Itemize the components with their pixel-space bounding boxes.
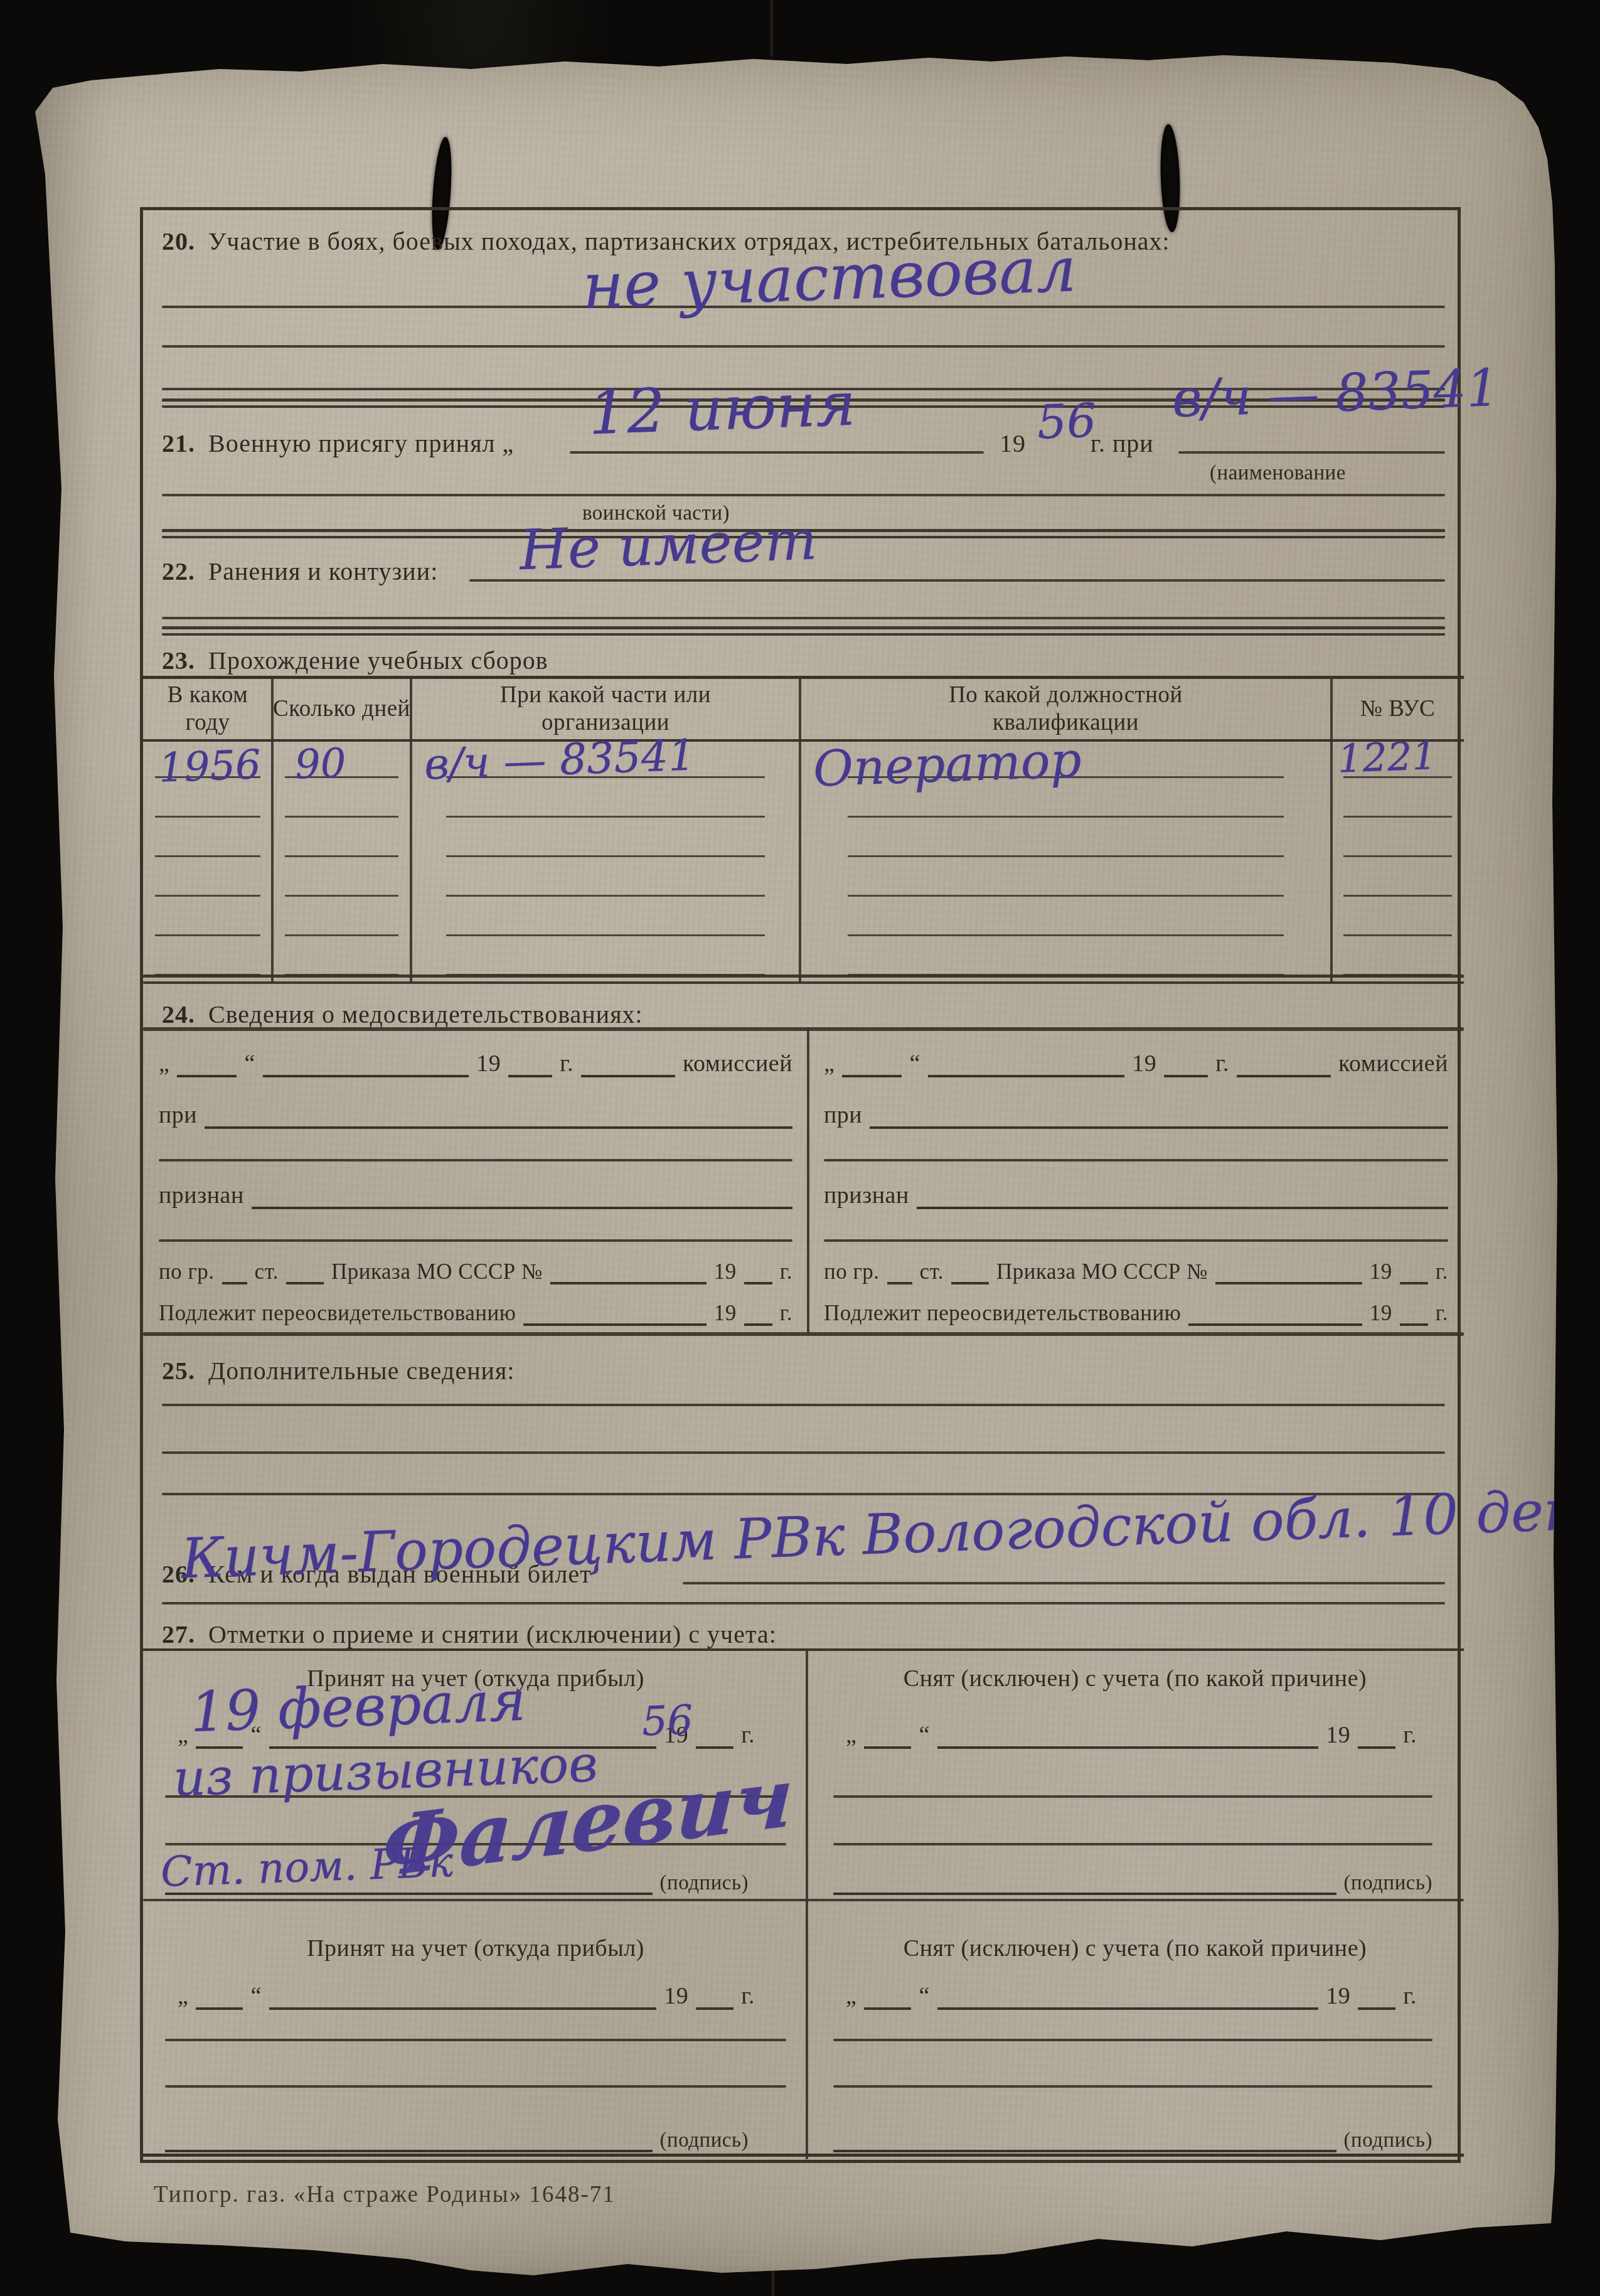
table-cell — [1331, 901, 1464, 941]
table-cell — [1331, 822, 1464, 862]
printed-pri: при — [824, 1101, 862, 1129]
printed-g: г. — [1436, 1259, 1448, 1284]
blank-line-oath-date — [570, 451, 984, 454]
remove-header: Снят (исключен) с учета (по какой причин… — [824, 1935, 1446, 1962]
quote-mark: „ — [824, 1050, 835, 1077]
remove-header: Снят (исключен) с учета (по какой причин… — [824, 1665, 1446, 1692]
handwriting-vus-1221: 1221 — [1337, 736, 1437, 778]
section-22-label: 22. Ранения и контузии: — [162, 557, 438, 587]
ruled-line — [165, 2039, 786, 2041]
remove-signature-row: (подпись) — [833, 2129, 1432, 2152]
printed-g: г. — [560, 1050, 573, 1077]
ruled-line — [833, 2085, 1432, 2088]
table-cell — [411, 782, 800, 822]
ruled-line — [833, 1795, 1432, 1798]
printed-pri: при — [159, 1101, 197, 1129]
medical-table-bottom-line — [143, 1332, 1464, 1336]
medical-left-pri-row: при — [159, 1101, 792, 1129]
section-25-number: 25. — [162, 1357, 195, 1385]
printed-commission: комиссией — [683, 1050, 792, 1077]
handwriting-oath-date: 12 июня — [587, 374, 856, 444]
printed-podlezhit: Подлежит переосвидетельствованию — [824, 1301, 1181, 1326]
blank-line-issuing-office — [683, 1582, 1445, 1584]
table-cell — [411, 901, 800, 941]
remove-date-row: „ “ 19 г. — [846, 1982, 1417, 2010]
section-27-number: 27. — [162, 1620, 195, 1648]
printed-po-gr: по гр. — [159, 1259, 215, 1284]
section-25-title: Дополнительные сведения: — [208, 1357, 515, 1385]
ruled-line — [833, 1843, 1432, 1845]
printed-year-19: 19 — [1000, 429, 1026, 459]
printed-commission: комиссией — [1338, 1050, 1448, 1077]
quote-mark: „ — [178, 1982, 188, 2010]
scan-background: 20. Участие в боях, боевых походах, парт… — [0, 0, 1600, 2296]
remove-signature-row: (подпись) — [833, 1872, 1432, 1895]
section-22-number: 22. — [162, 557, 195, 585]
printed-podlezhit: Подлежит переосвидетельствованию — [159, 1301, 516, 1326]
col-header-year: В каком году — [143, 679, 272, 739]
podpis-label: (подпись) — [1344, 2129, 1433, 2152]
registration-row-divider — [143, 1899, 1464, 1901]
column-divider — [410, 679, 412, 983]
section-23-label: 23. Прохождение учебных сборов — [162, 646, 548, 676]
ruled-line — [159, 1159, 792, 1161]
printed-year-19: 19 — [1326, 1982, 1350, 2010]
table-cell — [1331, 862, 1464, 901]
section-27-title: Отметки о приеме и снятии (исключении) с… — [208, 1620, 777, 1648]
footnote-naimenovanie: (наименование — [1210, 461, 1346, 486]
quote-mark: „ — [159, 1050, 169, 1077]
col-header-unit: При какой части или организации — [411, 679, 800, 739]
table-cell — [411, 822, 800, 862]
section-23-title: Прохождение учебных сборов — [208, 646, 548, 675]
printed-g-pri: г. при — [1091, 429, 1154, 459]
handwriting-issuing-office: Кичм-Городецким РВк Вологодской обл. 10 … — [180, 1475, 1600, 1587]
printed-priznan: признан — [824, 1182, 909, 1209]
printed-g: г. — [1403, 1982, 1417, 2010]
handwriting-combat-participation: не участвовал — [581, 238, 1077, 318]
table-cell — [800, 901, 1331, 941]
handwriting-year-1956: 1956 — [158, 745, 262, 789]
table-cell — [411, 862, 800, 901]
document-page: 20. Участие в боях, боевых походах, парт… — [31, 49, 1562, 2278]
medical-right-date-row: „ “ 19 г. комиссией — [824, 1050, 1448, 1077]
printed-year-19: 19 — [714, 1259, 737, 1284]
quote-mark: “ — [909, 1050, 920, 1077]
section-24-number: 24. — [162, 1000, 195, 1028]
medical-left-date-row: „ “ 19 г. комиссией — [159, 1050, 792, 1077]
quote-mark: “ — [919, 1982, 929, 2010]
medical-table-top-line — [143, 1027, 1464, 1031]
quote-mark: „ — [846, 1721, 856, 1749]
column-divider — [271, 679, 274, 983]
remove-date-row: „ “ 19 г. — [846, 1721, 1417, 1749]
printed-year-19: 19 — [664, 1982, 688, 2010]
form-frame: 20. Участие в боях, боевых походах, парт… — [140, 207, 1461, 2163]
col-header-qualification: По какой должностной квалификации — [800, 679, 1331, 739]
table-cell — [1331, 782, 1464, 822]
ruled-line — [162, 1602, 1445, 1605]
table-cell — [272, 862, 411, 901]
podpis-label: (подпись) — [660, 2129, 749, 2152]
section-separator — [143, 974, 1464, 984]
quote-mark: „ — [503, 429, 515, 457]
registration-table: Принят на учет (откуда прибыл) „ “ 19 г.… — [143, 1648, 1464, 2157]
table-cell — [143, 822, 272, 862]
table-cell — [143, 862, 272, 901]
table-cell — [143, 901, 272, 941]
registration-columns-divider — [806, 1651, 808, 2159]
ruled-line — [162, 345, 1445, 348]
blank-line-unit — [1178, 451, 1445, 454]
medical-right-reexam-row: Подлежит переосвидетельствованию 19 г. — [824, 1301, 1448, 1326]
printed-st: ст. — [255, 1259, 279, 1284]
handwriting-accept-year: 56 — [641, 1701, 694, 1743]
section-21-title: Военную присягу принял — [208, 429, 496, 457]
section-22-title: Ранения и контузии: — [208, 557, 438, 585]
handwriting-unit-number: в/ч — 83541 — [424, 734, 696, 786]
quote-mark: „ — [178, 1721, 188, 1749]
medical-left-reexam-row: Подлежит переосвидетельствованию 19 г. — [159, 1301, 792, 1326]
handwriting-days-90: 90 — [294, 744, 347, 786]
training-table-header-row: В каком году Сколько дней При какой част… — [143, 679, 1464, 742]
col-header-vus: № ВУС — [1331, 679, 1464, 739]
section-21-label: 21. Военную присягу принял „ — [162, 429, 514, 459]
section-25-label: 25. Дополнительные сведения: — [162, 1356, 515, 1386]
printed-po-gr: по гр. — [824, 1259, 880, 1284]
accept-signature-row: (подпись) — [165, 2129, 749, 2152]
medical-right-priznan-row: признан — [824, 1182, 1448, 1209]
podpis-label: (подпись) — [660, 1872, 749, 1895]
table-cell — [800, 822, 1331, 862]
ruled-line — [833, 2039, 1432, 2041]
table-cell — [272, 782, 411, 822]
printed-g: г. — [1403, 1721, 1417, 1749]
printed-st: ст. — [920, 1259, 944, 1284]
printed-prikaz: Приказа МО СССР № — [996, 1259, 1208, 1284]
ruled-line — [824, 1239, 1448, 1242]
ruled-line — [824, 1159, 1448, 1161]
handwriting-accept-date: 19 февраля — [189, 1674, 527, 1741]
printed-year-19: 19 — [1132, 1050, 1156, 1077]
handwriting-wounds: Не имеет — [519, 513, 818, 578]
printed-year-19: 19 — [1326, 1721, 1350, 1749]
section-24-label: 24. Сведения о медосвидетельствованиях: — [162, 1000, 643, 1030]
handwriting-operator: Оператор — [813, 736, 1082, 794]
printed-prikaz: Приказа МО СССР № — [331, 1259, 543, 1284]
ruled-line — [159, 1239, 792, 1242]
col-header-days: Сколько дней — [272, 679, 411, 739]
medical-left-order-row: по гр. ст. Приказа МО СССР № 19 г. — [159, 1259, 792, 1284]
handwriting-oath-year: 56 — [1037, 397, 1097, 446]
medical-right-pri-row: при — [824, 1101, 1448, 1129]
quote-mark: “ — [919, 1721, 929, 1749]
printed-year-19: 19 — [1370, 1259, 1392, 1284]
printed-year-19: 19 — [714, 1301, 737, 1326]
printed-year-19: 19 — [476, 1050, 501, 1077]
section-23-number: 23. — [162, 646, 195, 675]
medical-right-order-row: по гр. ст. Приказа МО СССР № 19 г. — [824, 1259, 1448, 1284]
ruled-line — [162, 1404, 1445, 1406]
printer-imprint: Типогр. газ. «На страже Родины» 1648-71 — [154, 2181, 616, 2208]
training-camps-table: В каком году Сколько дней При какой част… — [143, 676, 1464, 980]
section-separator — [162, 626, 1445, 636]
printed-g: г. — [780, 1301, 792, 1326]
section-20-number: 20. — [162, 227, 195, 255]
section-21-number: 21. — [162, 429, 195, 457]
handwriting-military-unit: в/ч — 83541 — [1171, 363, 1500, 425]
printed-priznan: признан — [159, 1182, 244, 1209]
section-27-label: 27. Отметки о приеме и снятии (исключени… — [162, 1620, 777, 1650]
ruled-line — [165, 2085, 786, 2088]
blank-line-wounds — [469, 579, 1445, 582]
column-divider — [1330, 679, 1333, 983]
table-cell — [272, 901, 411, 941]
printed-g: г. — [741, 1982, 755, 2010]
printed-year-19: 19 — [1370, 1301, 1392, 1326]
table-cell — [800, 862, 1331, 901]
ruled-line — [162, 1451, 1445, 1454]
podpis-label: (подпись) — [1344, 1872, 1433, 1895]
ruled-line — [162, 494, 1445, 496]
medical-columns-divider — [807, 1027, 809, 1333]
section-24-title: Сведения о медосвидетельствованиях: — [208, 1000, 643, 1028]
ruled-line — [162, 617, 1445, 619]
accept-date-row: „ “ 19 г. — [178, 1982, 755, 2010]
printed-g: г. — [780, 1259, 792, 1284]
table-cell — [272, 822, 411, 862]
quote-mark: “ — [244, 1050, 255, 1077]
accept-header: Принят на учет (откуда прибыл) — [200, 1935, 752, 1962]
binding-seam-top — [771, 0, 773, 56]
quote-mark: “ — [250, 1982, 261, 2010]
medical-left-priznan-row: признан — [159, 1182, 792, 1209]
printed-g: г. — [1436, 1301, 1448, 1326]
column-divider — [799, 679, 801, 983]
printed-g: г. — [1215, 1050, 1229, 1077]
printed-g: г. — [741, 1721, 755, 1749]
quote-mark: „ — [846, 1982, 856, 2010]
